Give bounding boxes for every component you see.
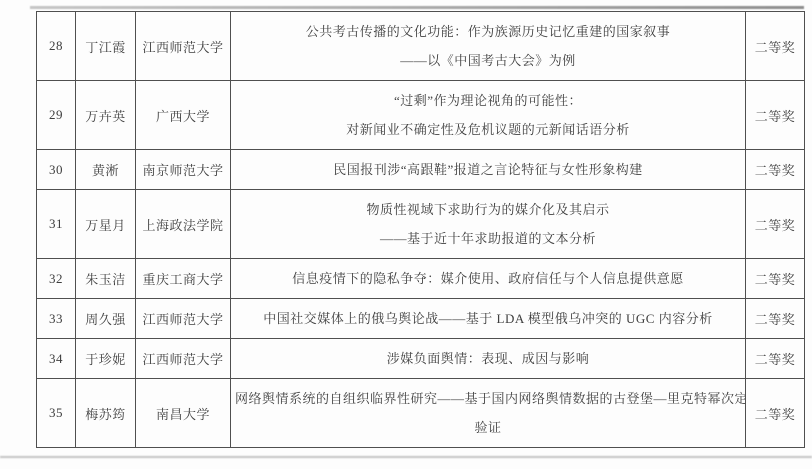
row-number-cell: 28	[37, 12, 76, 81]
award-winners-table: 28 丁江霞 江西师范大学 公共考古传播的文化功能：作为族源历史记忆重建的国家叙…	[36, 11, 805, 448]
author-name-cell: 万星月	[76, 190, 136, 259]
table-row: 33 周久强 江西师范大学 中国社交媒体上的俄乌舆论战——基于 LDA 模型俄乌…	[37, 299, 805, 339]
university-cell: 江西师范大学	[136, 339, 231, 379]
university-cell: 南昌大学	[136, 379, 231, 448]
award-cell: 二等奖	[746, 339, 805, 379]
table-row: 32 朱玉洁 重庆工商大学 信息疫情下的隐私争夺：媒介使用、政府信任与个人信息提…	[37, 259, 805, 299]
title-line: 公共考古传播的文化功能：作为族源历史记忆重建的国家叙事	[235, 17, 741, 46]
row-number-cell: 30	[37, 150, 76, 190]
row-number-cell: 35	[37, 379, 76, 448]
title-line: 对新闻业不确定性及危机议题的元新闻话语分析	[235, 115, 741, 144]
university-cell: 上海政法学院	[136, 190, 231, 259]
author-name-cell: 朱玉洁	[76, 259, 136, 299]
university-cell: 广西大学	[136, 81, 231, 150]
title-line: 网络舆情系统的自组织临界性研究——基于国内网络舆情数据的古登堡—里克特幂次定律	[235, 384, 741, 413]
university-cell: 南京师范大学	[136, 150, 231, 190]
title-line: 民国报刊涉“高跟鞋”报道之言论特征与女性形象构建	[235, 155, 741, 184]
award-cell: 二等奖	[746, 299, 805, 339]
table-row: 28 丁江霞 江西师范大学 公共考古传播的文化功能：作为族源历史记忆重建的国家叙…	[37, 12, 805, 81]
row-number-cell: 29	[37, 81, 76, 150]
title-line: 验证	[235, 413, 741, 442]
paper-title-cell: 中国社交媒体上的俄乌舆论战——基于 LDA 模型俄乌冲突的 UGC 内容分析	[231, 299, 746, 339]
paper-title-cell: “过剩”作为理论视角的可能性：对新闻业不确定性及危机议题的元新闻话语分析	[231, 81, 746, 150]
award-cell: 二等奖	[746, 379, 805, 448]
title-line: ——基于近十年求助报道的文本分析	[235, 224, 741, 253]
table-row: 31 万星月 上海政法学院 物质性视域下求助行为的媒介化及其启示——基于近十年求…	[37, 190, 805, 259]
award-cell: 二等奖	[746, 12, 805, 81]
paper-title-cell: 信息疫情下的隐私争夺：媒介使用、政府信任与个人信息提供意愿	[231, 259, 746, 299]
title-line: “过剩”作为理论视角的可能性：	[235, 86, 741, 115]
author-name-cell: 周久强	[76, 299, 136, 339]
row-number-cell: 32	[37, 259, 76, 299]
table-row: 29 万卉英 广西大学 “过剩”作为理论视角的可能性：对新闻业不确定性及危机议题…	[37, 81, 805, 150]
university-cell: 江西师范大学	[136, 299, 231, 339]
title-line: 涉媒负面舆情：表现、成因与影响	[235, 344, 741, 373]
scan-shadow-bottom	[0, 456, 812, 458]
title-line: 物质性视域下求助行为的媒介化及其启示	[235, 195, 741, 224]
row-number-cell: 34	[37, 339, 76, 379]
title-line: ——以《中国考古大会》为例	[235, 46, 741, 75]
author-name-cell: 丁江霞	[76, 12, 136, 81]
paper-title-cell: 物质性视域下求助行为的媒介化及其启示——基于近十年求助报道的文本分析	[231, 190, 746, 259]
row-number-cell: 33	[37, 299, 76, 339]
row-number-cell: 31	[37, 190, 76, 259]
paper-title-cell: 涉媒负面舆情：表现、成因与影响	[231, 339, 746, 379]
university-cell: 重庆工商大学	[136, 259, 231, 299]
title-line: 信息疫情下的隐私争夺：媒介使用、政府信任与个人信息提供意愿	[235, 264, 741, 293]
author-name-cell: 黄淅	[76, 150, 136, 190]
table-row: 35 梅苏筠 南昌大学 网络舆情系统的自组织临界性研究——基于国内网络舆情数据的…	[37, 379, 805, 448]
table-body: 28 丁江霞 江西师范大学 公共考古传播的文化功能：作为族源历史记忆重建的国家叙…	[37, 12, 805, 448]
author-name-cell: 于珍妮	[76, 339, 136, 379]
title-line: 中国社交媒体上的俄乌舆论战——基于 LDA 模型俄乌冲突的 UGC 内容分析	[235, 304, 741, 333]
university-cell: 江西师范大学	[136, 12, 231, 81]
award-cell: 二等奖	[746, 81, 805, 150]
paper-title-cell: 网络舆情系统的自组织临界性研究——基于国内网络舆情数据的古登堡—里克特幂次定律验…	[231, 379, 746, 448]
table-row: 30 黄淅 南京师范大学 民国报刊涉“高跟鞋”报道之言论特征与女性形象构建 二等…	[37, 150, 805, 190]
author-name-cell: 万卉英	[76, 81, 136, 150]
table-row: 34 于珍妮 江西师范大学 涉媒负面舆情：表现、成因与影响 二等奖	[37, 339, 805, 379]
paper-title-cell: 公共考古传播的文化功能：作为族源历史记忆重建的国家叙事——以《中国考古大会》为例	[231, 12, 746, 81]
scan-shadow-top	[30, 6, 804, 9]
award-cell: 二等奖	[746, 259, 805, 299]
paper-title-cell: 民国报刊涉“高跟鞋”报道之言论特征与女性形象构建	[231, 150, 746, 190]
award-cell: 二等奖	[746, 190, 805, 259]
author-name-cell: 梅苏筠	[76, 379, 136, 448]
award-cell: 二等奖	[746, 150, 805, 190]
